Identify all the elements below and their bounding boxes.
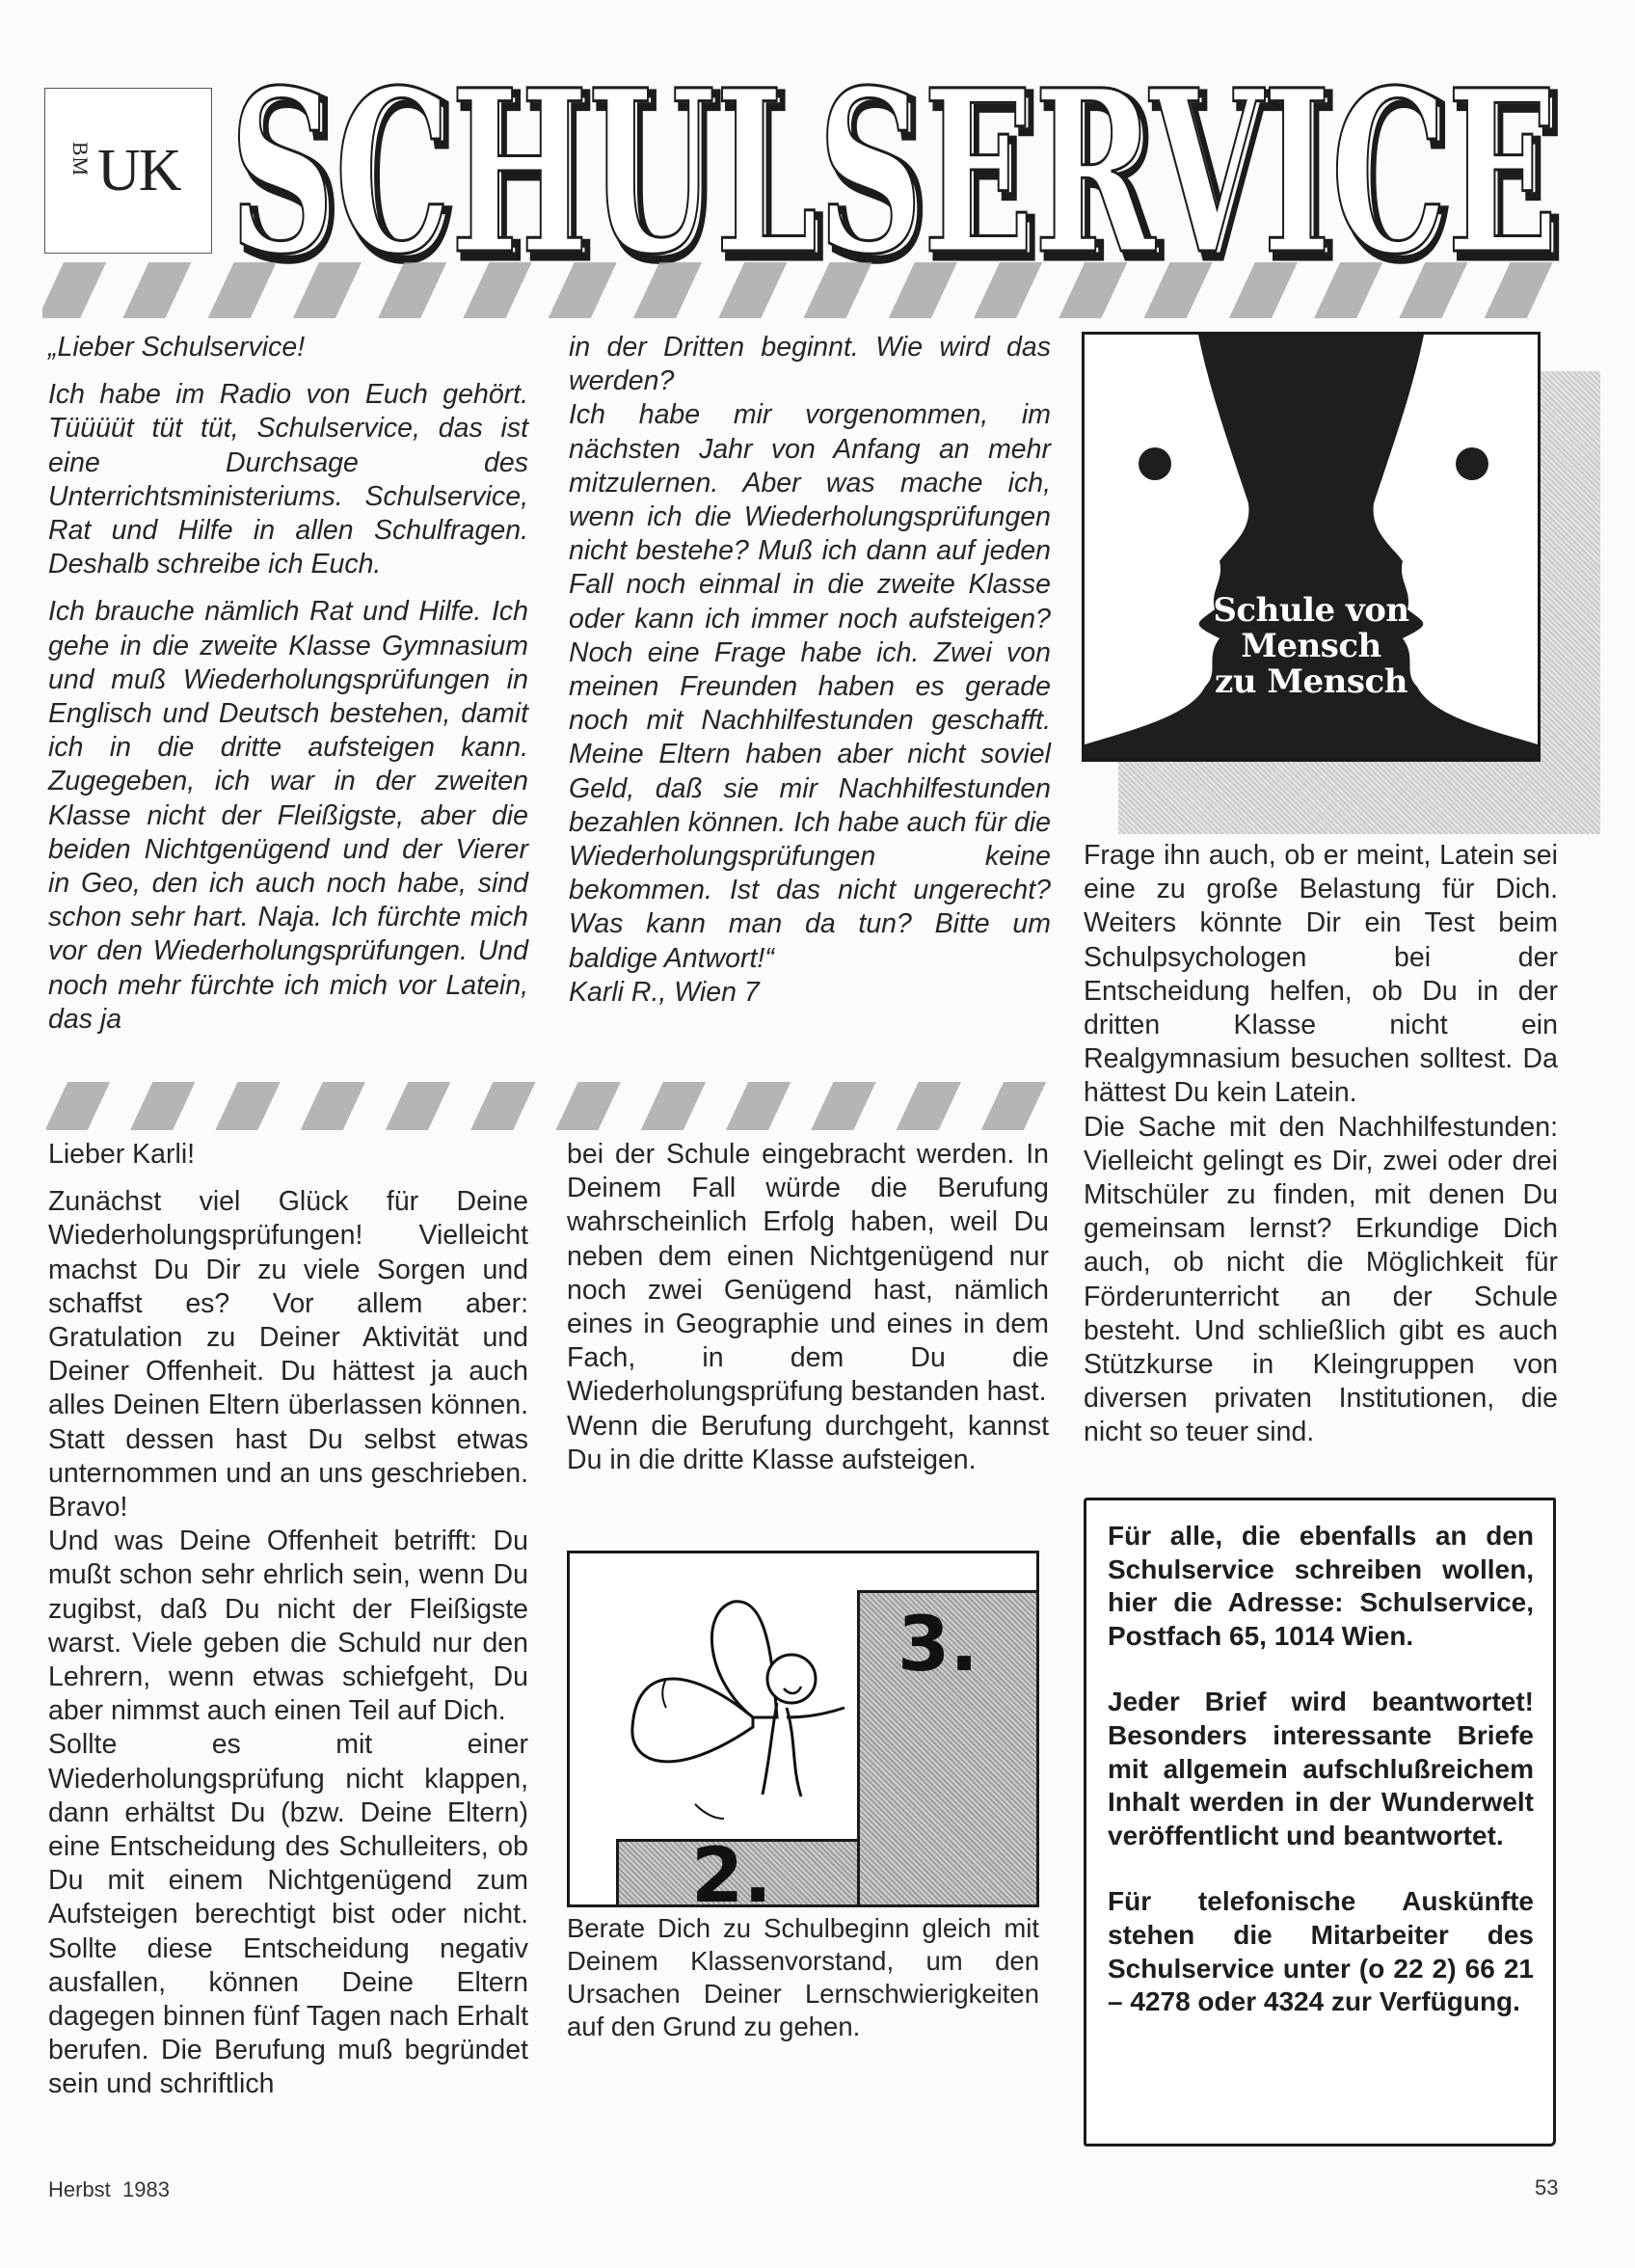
reply-paragraph: Zunächst viel Glück für Deine Wiederholu…	[48, 1185, 528, 1525]
caption-line: Mensch	[1085, 629, 1538, 664]
letter-column-1: „Lieber Schulservice! Ich habe im Radio …	[48, 331, 528, 1037]
letter-signature: Karli R., Wien 7	[569, 976, 1051, 1010]
reply-salutation: Lieber Karli!	[48, 1138, 528, 1172]
reply-paragraph: Die Sache mit den Nachhilfestunden: Viel…	[1084, 1111, 1558, 1450]
letter-paragraph: in der Dritten beginnt. Wie wird das wer…	[569, 331, 1051, 398]
reply-column-2: bei der Schule eingebracht werden. In De…	[567, 1138, 1049, 1477]
reply-paragraph: Und was Deine Offenheit betrifft: Du muß…	[48, 1525, 528, 1728]
info-phone: Für telefonische Auskünfte stehen die Mi…	[1108, 1885, 1534, 2018]
title-outline-lettering: SCHULSERVICE SCHULSERVICE	[228, 75, 1568, 268]
info-address: Für alle, die ebenfalls an den Schulserv…	[1108, 1520, 1534, 1653]
cartoon-caption: Berate Dich zu Schulbeginn gleich mit De…	[567, 1912, 1039, 2043]
page-title: SCHULSERVICE SCHULSERVICE	[228, 75, 1568, 268]
svg-text:SCHULSERVICE: SCHULSERVICE	[229, 75, 1558, 268]
reply-paragraph: Wenn die Berufung durchgeht, kannst Du i…	[567, 1410, 1049, 1477]
caption-line: Schule von	[1085, 593, 1538, 629]
page-number: 53	[1535, 2175, 1558, 2200]
info-reply-policy: Jeder Brief wird beantwortet! Besonders …	[1108, 1686, 1534, 1852]
bmuk-logo: BM UK	[44, 88, 212, 254]
letter-paragraph: Ich habe im Radio von Euch gehört. Tüüüü…	[48, 378, 528, 581]
letter-column-2: in der Dritten beginnt. Wie wird das wer…	[569, 331, 1051, 1010]
logo-bm-text: BM	[67, 142, 93, 176]
reply-paragraph: bei der Schule eingebracht werden. In De…	[567, 1138, 1049, 1410]
caption-line: zu Mensch	[1085, 664, 1538, 700]
stairs-cartoon-illustration: 2. 3.	[567, 1551, 1039, 1907]
issue-date: Herbst 1983	[48, 2177, 170, 2202]
step-number-3: 3.	[898, 1602, 978, 1688]
letter-paragraph: Ich brauche nämlich Rat und Hilfe. Ich g…	[48, 595, 528, 1037]
reply-paragraph: Sollte es mit einer Wiederholungsprüfung…	[48, 1728, 528, 2101]
faces-vase-illustration: Schule von Mensch zu Mensch	[1082, 332, 1541, 762]
letter-paragraph: Ich habe mir vorgenommen, im nächsten Ja…	[569, 398, 1051, 975]
fairy-character-icon	[608, 1573, 898, 1862]
reply-column-3: Frage ihn auch, ob er meint, Latein sei …	[1084, 839, 1558, 1450]
faces-caption: Schule von Mensch zu Mensch	[1085, 593, 1538, 700]
header-stripe-divider	[42, 262, 1566, 318]
reply-paragraph: Frage ihn auch, ob er meint, Latein sei …	[1084, 839, 1558, 1111]
logo-uk-text: UK	[97, 137, 180, 205]
letter-salutation: „Lieber Schulservice!	[48, 331, 528, 364]
reply-column-1: Lieber Karli! Zunächst viel Glück für De…	[48, 1138, 528, 2102]
contact-info-box: Für alle, die ebenfalls an den Schulserv…	[1084, 1498, 1556, 2146]
section-stripe-divider	[46, 1082, 1059, 1130]
